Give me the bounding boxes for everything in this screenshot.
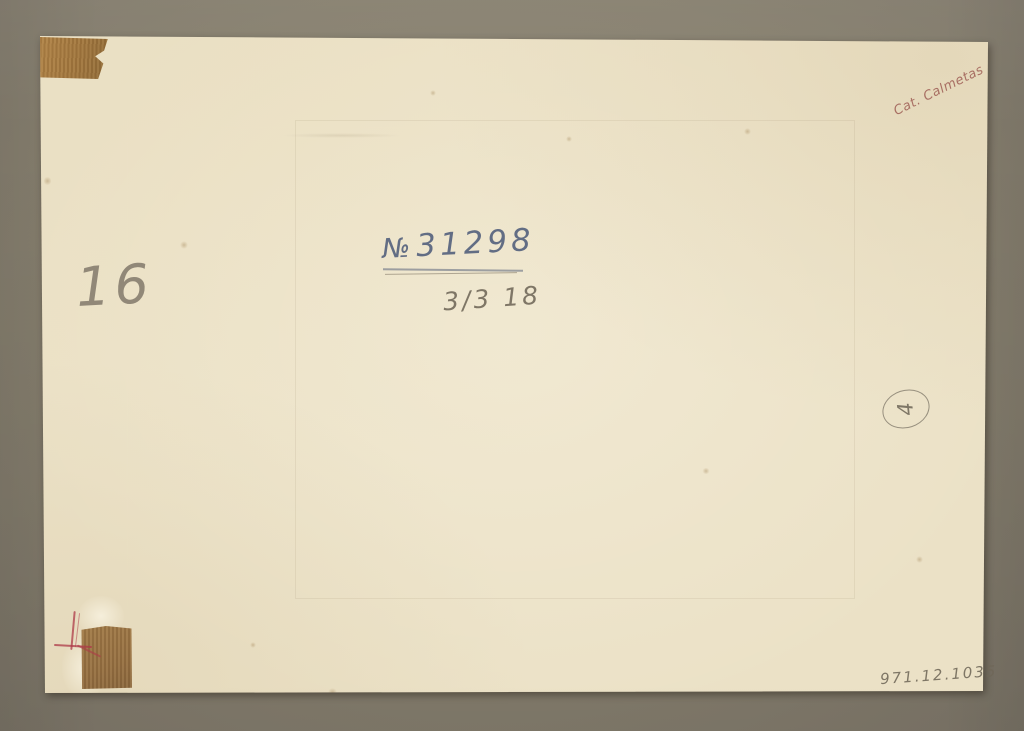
foxing-spot [44, 176, 51, 186]
paper-shadow [0, 0, 1024, 731]
foxing-spot [250, 642, 256, 648]
foxing-spot [744, 128, 751, 135]
numero-sign: № [381, 232, 412, 264]
paper-sheet [0, 0, 1024, 731]
circled-number: 4 [893, 401, 918, 417]
foxing-spot [430, 90, 436, 96]
foxing-spot [702, 468, 710, 474]
graphite-smudge [282, 133, 402, 138]
registration-digits: 31298 [415, 222, 535, 264]
foxing-spot [566, 136, 572, 142]
photo-stage: Cat. Calmetas 16 № 31298 3/3 18 4 971.12… [0, 0, 1024, 731]
foxing-spot [328, 688, 337, 697]
plate-mark-impression [295, 120, 855, 599]
foxing-spot [916, 556, 923, 563]
inscription-sheet-number: 16 [74, 252, 154, 319]
tape-bottom-left [80, 626, 132, 689]
foxing-spot [180, 241, 188, 249]
